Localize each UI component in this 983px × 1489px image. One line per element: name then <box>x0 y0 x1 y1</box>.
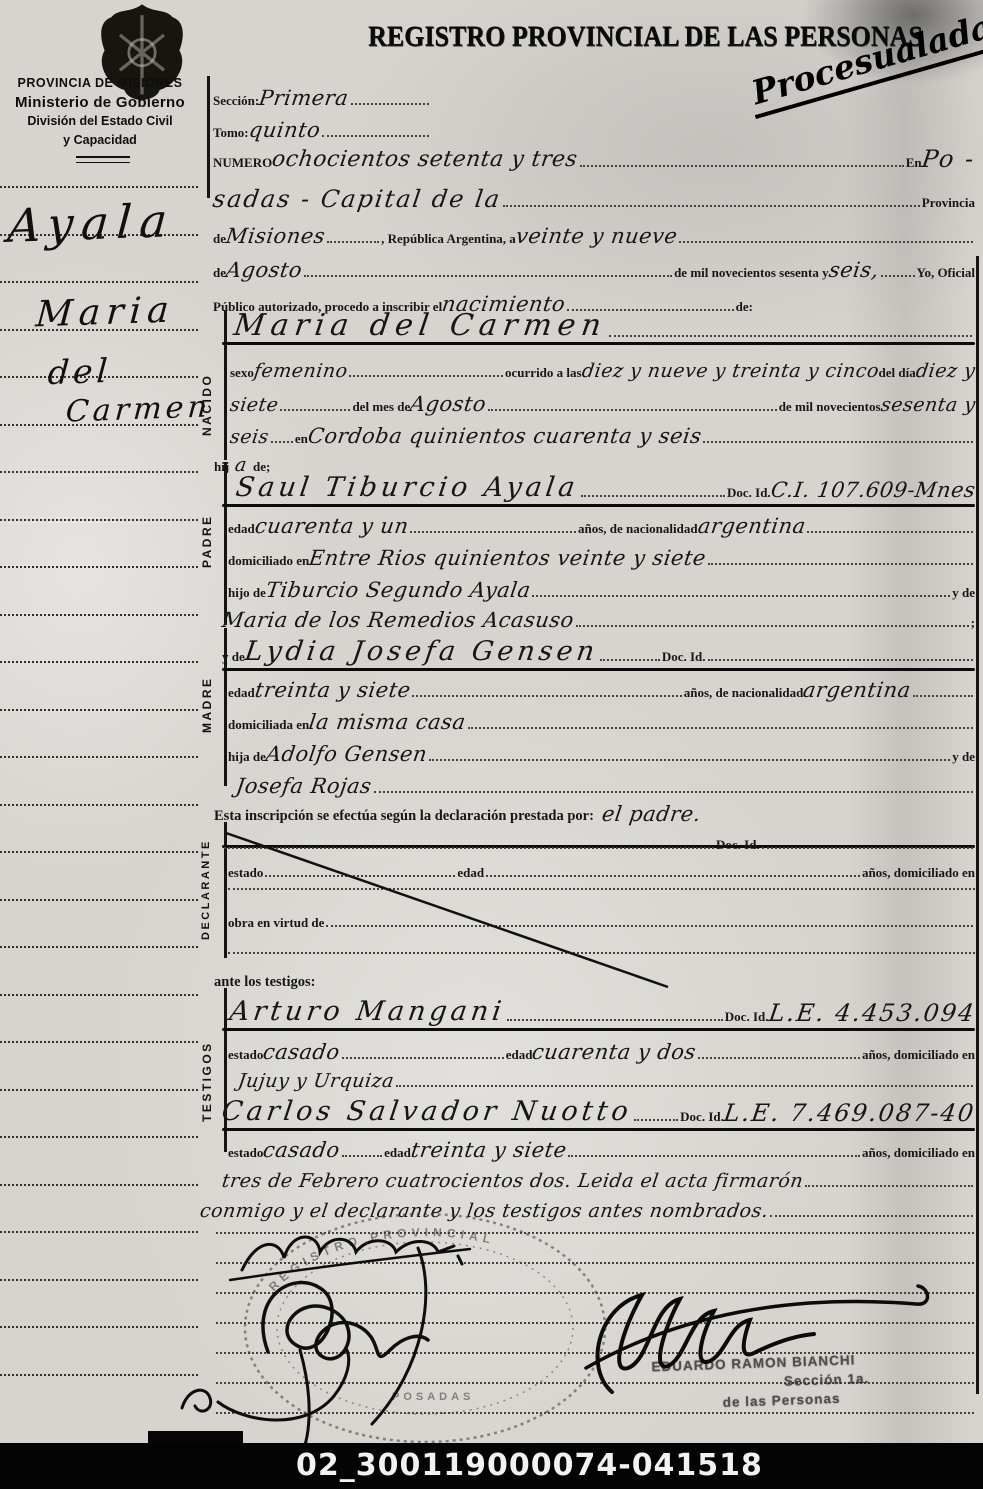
leader <box>580 165 904 167</box>
margin-ruled-line <box>0 899 198 901</box>
margin-ruled-line <box>0 519 198 521</box>
provincia-value: Misiones <box>225 226 327 247</box>
leader <box>351 103 429 105</box>
leader <box>600 659 660 661</box>
padre-doc-value: C.I. 107.609-Mnes <box>769 480 976 501</box>
section-label-testigos: TESTIGOS <box>200 1032 214 1132</box>
sexo-label: sexo <box>230 366 254 379</box>
declarante-edad-label: edad <box>457 866 484 879</box>
padre-nacionalidad-label: años, de nacionalidad <box>578 522 698 535</box>
margin-ruled-line <box>0 756 198 758</box>
leader <box>881 275 915 277</box>
row-madre-abuela: Josefa Rojas <box>236 768 975 798</box>
letterhead-division-1: División del Estado Civil <box>2 112 198 131</box>
cierre-linea2: conmigo y el declarante y los testigos a… <box>199 1202 770 1221</box>
madre-y-de2-label: y de <box>952 750 975 763</box>
leader <box>532 595 950 597</box>
row-padre-domicilio: domiciliado en Entre Rios quinientos vei… <box>228 540 975 570</box>
row-madre-edad: edad treinta y siete años, de nacionalid… <box>228 672 975 702</box>
padre-abuela-value: Maria de los Remedios Acasuso <box>221 610 576 631</box>
lugar-value: Cordoba quinientos cuarenta y seis <box>306 426 703 447</box>
row-testigo1-estado: estado casado edad cuarenta y dos años, … <box>228 1034 975 1064</box>
leader <box>429 759 950 761</box>
margin-ruled-line <box>0 1279 198 1281</box>
madre-underline <box>222 668 975 671</box>
madre-nacionalidad-value: argentina <box>802 680 913 701</box>
bottom-ruled-line <box>216 1322 974 1324</box>
leader <box>807 531 973 533</box>
padre-y-de-label: y de <box>952 586 975 599</box>
leader <box>374 791 974 793</box>
republica-label: , República Argentina, a <box>381 232 516 245</box>
letterhead: PROVINCIA DE MISIONES Ministerio de Gobi… <box>2 74 198 150</box>
testigo1-nombre: Arturo Mangani <box>228 998 507 1025</box>
anio-label: de mil novecientos <box>779 400 881 413</box>
padre-nombre: Saul Tiburcio Ayala <box>234 474 580 501</box>
row-testigo2-estado: estado casado edad treinta y siete años,… <box>228 1132 975 1162</box>
form-left-rule-top <box>207 76 210 198</box>
padre-abuelo-value: Tiburcio Segundo Ayala <box>264 580 531 601</box>
margin-ruled-line <box>0 186 198 188</box>
provincia-label: Provincia <box>922 196 975 209</box>
leader <box>342 1155 382 1157</box>
hijo-label-1: hij <box>214 460 229 473</box>
leader <box>805 1185 973 1187</box>
testigo1-estado-label: estado <box>228 1048 263 1061</box>
declaracion-por-value: el padre. <box>600 804 702 825</box>
madre-doc-label: Doc. Id. <box>662 650 706 663</box>
mes-value: Agosto <box>225 260 304 281</box>
row-padre-edad: edad cuarenta y un años, de nacionalidad… <box>228 508 975 538</box>
row-testigo1-nombre: Arturo Mangani Doc. Id. L.E. 4.453.094 <box>230 990 975 1026</box>
testigo2-estado-value: casado <box>262 1140 342 1161</box>
en-label: En <box>906 156 922 169</box>
row-dia-mes: siete del mes de Agosto de mil novecient… <box>230 386 975 416</box>
section-label-declarante: DECLARANTE <box>200 828 212 952</box>
margin-name-2: del <box>47 351 113 392</box>
section-label-madre: MADRE <box>200 662 214 748</box>
testigo2-doc-label: Doc. Id. <box>680 1110 724 1123</box>
leader <box>349 375 503 377</box>
round-stamp-city-text: POSADAS <box>392 1391 474 1403</box>
margin-ruled-line <box>0 851 198 853</box>
blank-ruled-line <box>228 952 975 954</box>
cierre-linea1: tres de Febrero cuatrocientos dos. Leida… <box>221 1172 805 1191</box>
en-value: Po - <box>920 147 977 171</box>
testigo1-domicilio-value: Jujuy y Urquiza <box>237 1072 396 1091</box>
official-stamp-text: EDUARDO RAMON BIANCHI Sección 1a. de las… <box>651 1347 963 1415</box>
letterhead-province: PROVINCIA DE MISIONES <box>2 74 198 93</box>
row-declaracion: Esta inscripción se efectúa según la dec… <box>214 796 854 826</box>
margin-ruled-line <box>0 614 198 616</box>
testigo1-edad-label: edad <box>506 1048 533 1061</box>
margin-ruled-line <box>0 566 198 568</box>
anio-value: seis, <box>827 260 880 281</box>
handwritten-annotation: Procesualada j. <box>744 0 983 119</box>
row-cierre-2: conmigo y el declarante y los testigos a… <box>200 1192 975 1222</box>
testigo2-nombre: Carlos Salvador Nuotto <box>220 1098 634 1125</box>
section-label-nacido: NACIDO <box>200 350 214 460</box>
testigo2-estado-label: estado <box>228 1146 263 1159</box>
margin-ruled-line <box>0 1326 198 1328</box>
margin-name-3: Carmen <box>65 389 213 429</box>
testigo2-underline <box>222 1128 975 1131</box>
leader <box>708 659 973 661</box>
leader <box>698 1057 860 1059</box>
scan-reference-code: 02_300119000074-041518 <box>296 1448 763 1483</box>
row-padre-nombre: Saul Tiburcio Ayala Doc. Id. C.I. 107.60… <box>236 466 975 502</box>
testigo2-domicilio-label: años, domiciliado en <box>862 1146 975 1159</box>
seccion-value: Primera <box>258 88 350 109</box>
oficial-label: Yo, Oficial <box>917 266 976 279</box>
padre-edad-value: cuarenta y un <box>253 516 409 537</box>
nacido-rule <box>224 310 227 460</box>
margin-ruled-line <box>0 1231 198 1233</box>
testigo1-estado-value: casado <box>262 1042 342 1063</box>
testigo1-domicilio-label: años, domiciliado en <box>862 1048 975 1061</box>
leader <box>576 625 969 627</box>
leader <box>503 205 920 207</box>
margin-ruled-line <box>0 1136 198 1138</box>
sexo-value: femenino <box>253 362 349 381</box>
leader <box>396 1085 973 1087</box>
madre-edad-label: edad <box>228 686 255 699</box>
bottom-ruled-line <box>216 1292 974 1294</box>
obra-label: obra en virtud de <box>228 916 324 929</box>
margin-ruled-line <box>0 1089 198 1091</box>
row-obra: obra en virtud de <box>228 902 975 932</box>
row-sexo-hora: sexo femenino ocurrido a las diez y nuev… <box>230 352 975 382</box>
row-lugar-nacimiento: seis en Cordoba quinientos cuarenta y se… <box>230 418 975 448</box>
leader <box>762 847 973 849</box>
section-label-padre: PADRE <box>200 498 214 584</box>
leader <box>488 409 776 411</box>
row-mes-anio: de Agosto de mil novecientos sesenta y s… <box>213 252 975 282</box>
padre-hijo-de-label: hijo de <box>228 586 266 599</box>
numero-value: ochocientos setenta y tres <box>271 149 579 171</box>
madre-domicilio-value: la misma casa <box>308 712 467 733</box>
padre-underline <box>222 504 975 507</box>
lugar-continuacion: sadas - Capital de la <box>211 187 503 211</box>
margin-ruled-line <box>0 709 198 711</box>
hora-value: diez y nueve y treinta y cinco <box>580 362 880 381</box>
row-seccion: Sección: Primera <box>213 80 431 110</box>
margin-ruled-line <box>0 1184 198 1186</box>
leader <box>913 695 973 697</box>
scan-footer-bar: 02_300119000074-041518 <box>0 1443 983 1489</box>
declarante-doc-label: Doc. Id. <box>716 838 760 851</box>
margin-ruled-line <box>0 994 198 996</box>
numero-label: NUMERO <box>213 156 272 169</box>
leader <box>708 563 973 565</box>
padre-domicilio-label: domiciliado en <box>228 554 309 567</box>
testigo1-underline <box>222 1028 975 1031</box>
madre-domicilio-label: domiciliada en <box>228 718 309 731</box>
mes-value: Agosto <box>409 394 488 415</box>
letterhead-division-2: y Capacidad <box>2 131 198 150</box>
margin-ruled-line <box>0 471 198 473</box>
testigo2-edad-value: treinta y siete <box>409 1140 568 1161</box>
madre-abuela-value: Josefa Rojas <box>235 776 373 797</box>
testigo2-edad-label: edad <box>384 1146 411 1159</box>
leader <box>412 695 681 697</box>
leader <box>634 1119 678 1121</box>
leader <box>271 441 293 443</box>
nacido-nombre: Maria del Carmen <box>232 311 609 341</box>
signature-2 <box>263 1248 428 1424</box>
row-padre-abuela: Maria de los Remedios Acasuso ; <box>222 602 975 632</box>
row-tomo: Tomo: quinto <box>213 112 431 142</box>
leader <box>507 1019 723 1021</box>
madre-hija-de-label: hija de <box>228 750 266 763</box>
margin-name-1: Maria <box>34 290 176 336</box>
padre-doc-label: Doc. Id. <box>727 486 771 499</box>
leader <box>265 875 455 877</box>
seccion-label: Sección: <box>213 94 259 107</box>
row-provincia-fecha: de Misiones , República Argentina, a vei… <box>213 218 975 248</box>
letterhead-rule <box>76 156 130 163</box>
declaracion-label: Esta inscripción se efectúa según la dec… <box>214 809 594 824</box>
leader <box>609 335 972 337</box>
blank-ruled-line <box>228 888 975 890</box>
row-nombre-nacido: Maria del Carmen <box>234 304 974 342</box>
row-numero: NUMERO ochocientos setenta y tres En Po … <box>213 142 975 172</box>
en-label: en <box>295 432 308 445</box>
margin-surname: Ayala <box>6 193 177 253</box>
svg-text:REGISTRO PROVINCIAL: REGISTRO PROVINCIAL <box>266 1225 497 1294</box>
leader <box>568 1155 860 1157</box>
letterhead-ministry: Ministerio de Gobierno <box>2 93 198 112</box>
bottom-ruled-line <box>216 1412 974 1414</box>
row-madre-abuelo: hija de Adolfo Gensen y de <box>228 736 975 766</box>
dia-value-1: diez y <box>914 362 976 381</box>
row-ante-testigos: ante los testigos: <box>214 962 514 992</box>
padre-nacionalidad-value: argentina <box>696 516 807 537</box>
leader <box>486 875 860 877</box>
leader <box>770 1215 973 1217</box>
testigo1-edad-value: cuarenta y dos <box>531 1042 698 1063</box>
fecha-dia-value: veinte y nueve <box>514 226 678 247</box>
leader <box>326 925 973 927</box>
madre-abuelo-value: Adolfo Gensen <box>264 744 428 765</box>
page-right-edge-rule <box>976 256 979 1394</box>
row-lugar: sadas - Capital de la Provincia <box>213 182 975 212</box>
leader <box>679 241 973 243</box>
leader <box>342 1057 504 1059</box>
margin-ruled-line <box>0 281 198 283</box>
row-declarante-doc: Doc. Id. <box>222 824 975 854</box>
leader <box>410 531 576 533</box>
row-padre-abuelo: hijo de Tiburcio Segundo Ayala y de <box>228 572 975 602</box>
margin-ruled-line <box>0 804 198 806</box>
madre-edad-value: treinta y siete <box>253 680 412 701</box>
round-stamp-arc-text: REGISTRO PROVINCIAL <box>266 1225 497 1294</box>
leader <box>468 727 973 729</box>
padre-punto-coma: ; <box>971 616 975 629</box>
testigo1-doc-label: Doc. Id. <box>725 1010 769 1023</box>
bottom-ruled-line <box>216 1232 974 1234</box>
mes-label: del mes de <box>352 400 410 413</box>
round-stamp: REGISTRO PROVINCIAL POSADAS <box>245 1214 605 1442</box>
anio-value-2: seis <box>229 428 270 447</box>
dia-value-2: siete <box>229 396 280 415</box>
anio-value-1: sesenta y <box>879 396 976 415</box>
leader <box>581 495 725 497</box>
leader <box>322 135 429 137</box>
madre-y-de-label: y de <box>222 650 245 663</box>
declarante-domicilio-label: años, domiciliado en <box>862 866 975 879</box>
signature-1 <box>230 1237 470 1280</box>
ante-testigos-label: ante los testigos: <box>214 975 316 990</box>
declarante-estado-label: estado <box>228 866 263 879</box>
leader <box>224 847 714 849</box>
tomo-label: Tomo: <box>213 126 249 139</box>
margin-ruled-line <box>0 946 198 948</box>
bottom-ruled-line <box>216 1262 974 1264</box>
padre-rule <box>224 462 227 625</box>
madre-nombre: Lydia Josefa Gensen <box>243 638 600 665</box>
tomo-value: quinto <box>247 120 321 141</box>
margin-ruled-line <box>0 1041 198 1043</box>
row-madre-nombre: y de Lydia Josefa Gensen Doc. Id. <box>222 632 975 666</box>
madre-nacionalidad-label: años, de nacionalidad <box>684 686 804 699</box>
padre-domicilio-value: Entre Rios quinientos veinte y siete <box>308 548 708 569</box>
leader <box>327 241 379 243</box>
testigo1-doc-value: L.E. 4.453.094 <box>767 1001 977 1025</box>
dia-label: del día <box>879 366 916 379</box>
leader <box>280 409 350 411</box>
leader <box>304 275 672 277</box>
scanned-birth-certificate: PROVINCIA DE MISIONES Ministerio de Gobi… <box>0 0 983 1489</box>
anio-label: de mil novecientos sesenta y <box>674 266 829 279</box>
margin-ruled-line <box>0 661 198 663</box>
hora-label: ocurrido a las <box>505 366 582 379</box>
row-cierre-1: tres de Febrero cuatrocientos dos. Leida… <box>222 1162 975 1192</box>
row-declarante-estado: estado edad años, domiciliado en <box>228 852 975 882</box>
margin-ruled-line <box>0 1374 198 1376</box>
row-testigo1-domicilio: Jujuy y Urquiza <box>238 1062 975 1092</box>
padre-edad-label: edad <box>228 522 255 535</box>
leader <box>703 441 973 443</box>
row-testigo2-nombre: Carlos Salvador Nuotto Doc. Id. L.E. 7.4… <box>222 1090 975 1126</box>
row-madre-domicilio: domiciliada en la misma casa <box>228 704 975 734</box>
testigo2-doc-value: L.E. 7.469.087-40 <box>722 1101 977 1125</box>
